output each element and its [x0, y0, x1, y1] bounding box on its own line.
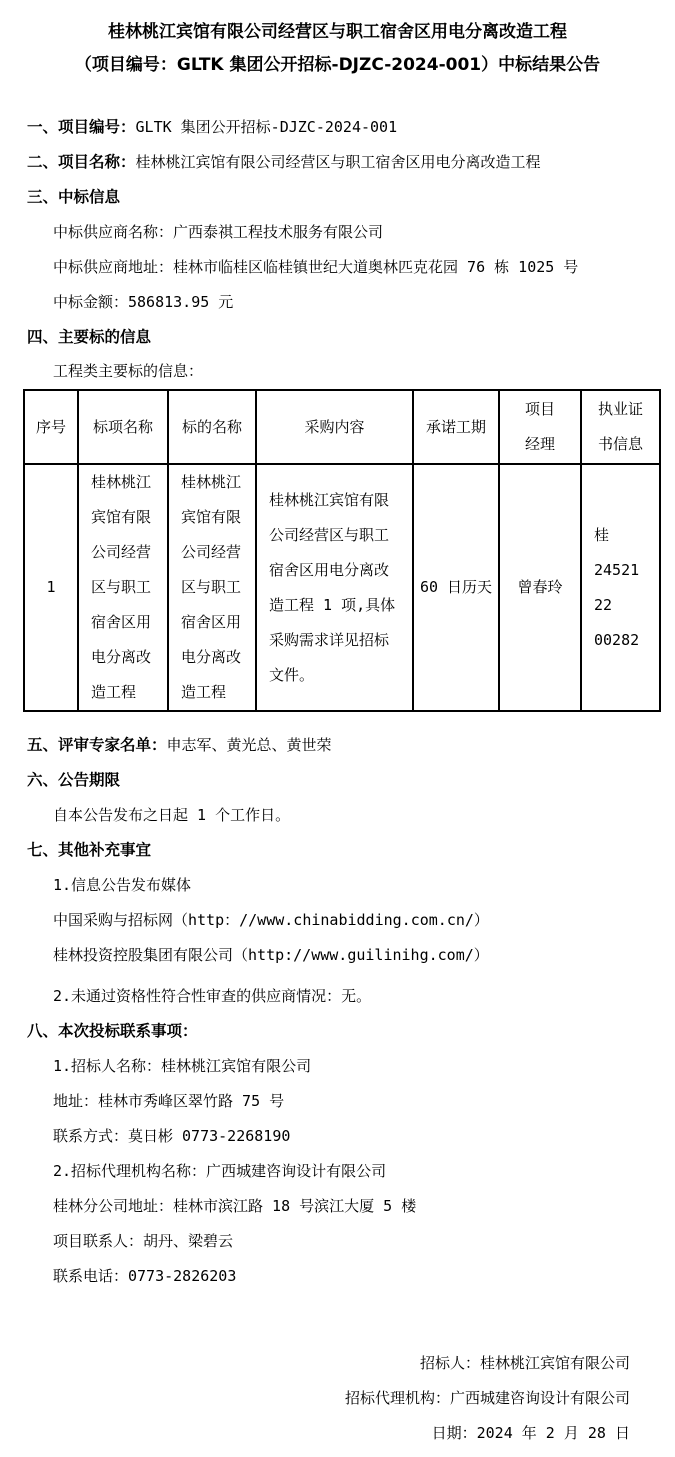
section-announcement-period-heading: 六、公告期限	[0, 763, 675, 798]
signature-date-line: 日期：2024 年 2 月 28 日	[0, 1416, 630, 1451]
agency-branch-address-line: 桂林分公司地址：桂林市滨江路 18 号滨江大厦 5 楼	[0, 1189, 675, 1224]
table-data-row: 1 桂林桃江宾馆有限公司经营区与职工宿舍区用电分离改造工程 桂林桃江宾馆有限公司…	[24, 464, 660, 711]
signature-agency-line: 招标代理机构：广西城建咨询设计有限公司	[0, 1381, 630, 1416]
section-other-matters-heading: 七、其他补充事宜	[0, 833, 675, 868]
media-chinabidding-line: 中国采购与招标网（http：//www.chinabidding.com.cn/…	[0, 903, 675, 938]
review-experts-value: 申志军、黄光总、黄世荣	[167, 736, 332, 754]
tenderer-contact-line: 联系方式：莫日彬 0773-2268190	[0, 1119, 675, 1154]
section-main-subject-heading: 四、主要标的信息	[0, 320, 675, 355]
winning-amount-line: 中标金额：586813.95 元	[0, 285, 675, 320]
cell-bid-item-name: 桂林桃江宾馆有限公司经营区与职工宿舍区用电分离改造工程	[78, 464, 168, 711]
header-bid-item-name: 标项名称	[78, 390, 168, 464]
project-number-label: 一、项目编号：	[27, 118, 136, 136]
cell-seq: 1	[24, 464, 78, 711]
section-project-name: 二、项目名称：桂林桃江宾馆有限公司经营区与职工宿舍区用电分离改造工程	[0, 145, 675, 180]
winning-supplier-address-line: 中标供应商地址：桂林市临桂区临桂镇世纪大道奥林匹克花园 76 栋 1025 号	[0, 250, 675, 285]
main-subject-table: 序号 标项名称 标的名称 采购内容 承诺工期 项目 经理 执业证 书信息 1 桂…	[23, 389, 661, 712]
cell-promised-duration: 60 日历天	[413, 464, 499, 711]
header-procurement-content: 采购内容	[256, 390, 413, 464]
media-intro-line: 1.信息公告发布媒体	[0, 868, 675, 903]
cell-subject-name: 桂林桃江宾馆有限公司经营区与职工宿舍区用电分离改造工程	[168, 464, 256, 711]
announcement-page: 桂林桃江宾馆有限公司经营区与职工宿舍区用电分离改造工程 （项目编号：GLTK 集…	[0, 0, 675, 1457]
header-license-info: 执业证 书信息	[581, 390, 660, 464]
tenderer-address-line: 地址：桂林市秀峰区翠竹路 75 号	[0, 1084, 675, 1119]
cell-procurement-content: 桂林桃江宾馆有限公司经营区与职工宿舍区用电分离改造工程 1 项,具体采购需求详见…	[256, 464, 413, 711]
license-line1: 桂	[594, 518, 647, 553]
license-line3: 00282	[594, 623, 647, 658]
section-award-info-heading: 三、中标信息	[0, 180, 675, 215]
section-contact-heading: 八、本次投标联系事项：	[0, 1014, 675, 1049]
header-project-manager: 项目 经理	[499, 390, 581, 464]
unqualified-suppliers-line: 2.未通过资格性符合性审查的供应商情况：无。	[0, 979, 675, 1014]
cell-project-manager: 曾春玲	[499, 464, 581, 711]
document-title-line1: 桂林桃江宾馆有限公司经营区与职工宿舍区用电分离改造工程	[0, 16, 675, 49]
section-project-number: 一、项目编号：GLTK 集团公开招标-DJZC-2024-001	[0, 110, 675, 145]
section-review-experts: 五、评审专家名单：申志军、黄光总、黄世荣	[0, 728, 675, 763]
main-subject-table-intro: 工程类主要标的信息：	[0, 355, 675, 387]
tenderer-name-line: 1.招标人名称：桂林桃江宾馆有限公司	[0, 1049, 675, 1084]
review-experts-label: 五、评审专家名单：	[27, 736, 167, 754]
license-line2: 2452122	[594, 553, 647, 623]
media-guilinihg-line: 桂林投资控股集团有限公司（http://www.guilinihg.com/）	[0, 938, 675, 973]
project-name-value: 桂林桃江宾馆有限公司经营区与职工宿舍区用电分离改造工程	[136, 153, 541, 171]
announcement-period-line: 自本公告发布之日起 1 个工作日。	[0, 798, 675, 833]
header-seq: 序号	[24, 390, 78, 464]
signature-block: 招标人：桂林桃江宾馆有限公司 招标代理机构：广西城建咨询设计有限公司 日期：20…	[0, 1346, 675, 1451]
document-title: 桂林桃江宾馆有限公司经营区与职工宿舍区用电分离改造工程 （项目编号：GLTK 集…	[0, 16, 675, 82]
header-license-info-line1: 执业证	[583, 392, 658, 427]
header-project-manager-line2: 经理	[501, 427, 579, 462]
header-subject-name: 标的名称	[168, 390, 256, 464]
project-name-label: 二、项目名称：	[27, 153, 136, 171]
document-title-line2: （项目编号：GLTK 集团公开招标-DJZC-2024-001）中标结果公告	[0, 49, 675, 82]
header-project-manager-line1: 项目	[501, 392, 579, 427]
winning-supplier-name-line: 中标供应商名称：广西泰祺工程技术服务有限公司	[0, 215, 675, 250]
cell-license-info: 桂 2452122 00282	[581, 464, 660, 711]
header-license-info-line2: 书信息	[583, 427, 658, 462]
signature-tenderer-line: 招标人：桂林桃江宾馆有限公司	[0, 1346, 630, 1381]
agency-phone-line: 联系电话：0773-2826203	[0, 1259, 675, 1294]
agency-name-line: 2.招标代理机构名称：广西城建咨询设计有限公司	[0, 1154, 675, 1189]
agency-contact-person-line: 项目联系人：胡丹、梁碧云	[0, 1224, 675, 1259]
header-promised-duration: 承诺工期	[413, 390, 499, 464]
table-header-row: 序号 标项名称 标的名称 采购内容 承诺工期 项目 经理 执业证 书信息	[24, 390, 660, 464]
project-number-value: GLTK 集团公开招标-DJZC-2024-001	[136, 118, 398, 136]
